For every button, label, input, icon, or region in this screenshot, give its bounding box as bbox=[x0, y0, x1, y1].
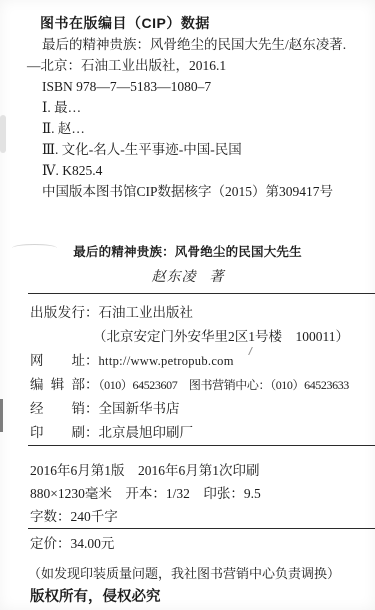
row-value: 石油工业出版社 bbox=[99, 305, 194, 320]
publisher-block: 出版发行：石油工业出版社 （北京安定门外安华里2区1号楼 100011） 网址：… bbox=[0, 294, 375, 445]
book-copyright-page: 图书在版编目（CIP）数据 最后的精神贵族：风骨绝尘的民国大先生/赵东凌著. —… bbox=[0, 0, 375, 610]
byline: 赵东凌著 bbox=[0, 269, 375, 286]
publisher-row-website: 网址：http://www.petropub.com bbox=[30, 349, 375, 373]
author-suffix: 著 bbox=[210, 270, 224, 285]
row-colon: ： bbox=[85, 377, 99, 392]
cip-heading: 图书在版编目（CIP）数据 bbox=[40, 13, 375, 34]
row-label: 经销 bbox=[30, 397, 85, 421]
cip-line-roman-4: Ⅳ. K825.4 bbox=[42, 160, 375, 181]
price-line: 定价：34.00元 bbox=[30, 535, 375, 553]
print-format-line: 880×1230毫米 开本：1/32 印张：9.5 bbox=[30, 482, 375, 505]
row-value: （010）64523607 图书营销中心：（010）64523633 bbox=[99, 378, 349, 392]
publisher-row-editorial: 编辑部：（010）64523607 图书营销中心：（010）64523633 bbox=[30, 373, 375, 397]
cip-verification-number: 中国版本图书馆CIP数据核字（2015）第309417号 bbox=[42, 181, 375, 202]
row-colon: ： bbox=[85, 401, 99, 416]
row-value: 全国新华书店 bbox=[99, 401, 180, 416]
publisher-row-distribution: 经销：全国新华书店 bbox=[30, 397, 375, 421]
cip-line-publisher: —北京：石油工业出版社，2016.1 bbox=[27, 55, 375, 76]
scan-artifact bbox=[12, 244, 57, 252]
publisher-row-printer: 印刷：北京晨旭印刷厂 bbox=[30, 421, 375, 445]
row-colon: ： bbox=[85, 305, 99, 320]
publisher-website-url: http://www.petropub.com bbox=[99, 354, 234, 368]
row-colon: ： bbox=[85, 425, 99, 440]
row-label: 出版发行 bbox=[30, 301, 85, 325]
title-block: 最后的精神贵族：风骨绝尘的民国大先生 赵东凌著 bbox=[0, 244, 375, 286]
publisher-row-publishing: 出版发行：石油工业出版社 bbox=[30, 301, 375, 325]
scan-artifact bbox=[0, 115, 6, 153]
book-author: 赵东凌 bbox=[152, 270, 197, 285]
copyright-notice: 版权所有，侵权必究 bbox=[30, 588, 375, 606]
scan-artifact bbox=[0, 399, 3, 432]
price-value: 34.00元 bbox=[71, 536, 115, 551]
print-edition-line: 2016年6月第1版 2016年6月第1次印刷 bbox=[30, 459, 375, 482]
cip-block: 图书在版编目（CIP）数据 最后的精神贵族：风骨绝尘的民国大先生/赵东凌著. —… bbox=[0, 13, 375, 202]
cip-line-roman-2: Ⅱ. 赵… bbox=[42, 118, 375, 139]
print-wordcount-line: 字数：240千字 bbox=[30, 505, 375, 528]
quality-note: （如发现印装质量问题，我社图书营销中心负责调换） bbox=[28, 565, 375, 582]
row-label: 编辑部 bbox=[30, 373, 85, 397]
row-label: 印刷 bbox=[30, 421, 85, 445]
row-colon: ： bbox=[85, 353, 99, 368]
publisher-address: （北京安定门外安华里2区1号楼 100011） bbox=[93, 325, 375, 349]
cip-line-title: 最后的精神贵族：风骨绝尘的民国大先生/赵东凌著. bbox=[42, 34, 375, 55]
cip-line-roman-1: Ⅰ. 最… bbox=[42, 97, 375, 118]
cip-line-roman-3: Ⅲ. 文化-名人-生平事迹-中国-民国 bbox=[42, 139, 375, 160]
price-label: 定价 bbox=[30, 536, 57, 551]
cip-line-isbn: ISBN 978—7—5183—1080–7 bbox=[42, 76, 375, 97]
price-colon: ： bbox=[57, 536, 71, 551]
row-label: 网址 bbox=[30, 349, 85, 373]
divider-rule-3 bbox=[28, 528, 375, 529]
row-value: 北京晨旭印刷厂 bbox=[99, 425, 194, 440]
printing-block: 2016年6月第1版 2016年6月第1次印刷 880×1230毫米 开本：1/… bbox=[0, 446, 375, 528]
